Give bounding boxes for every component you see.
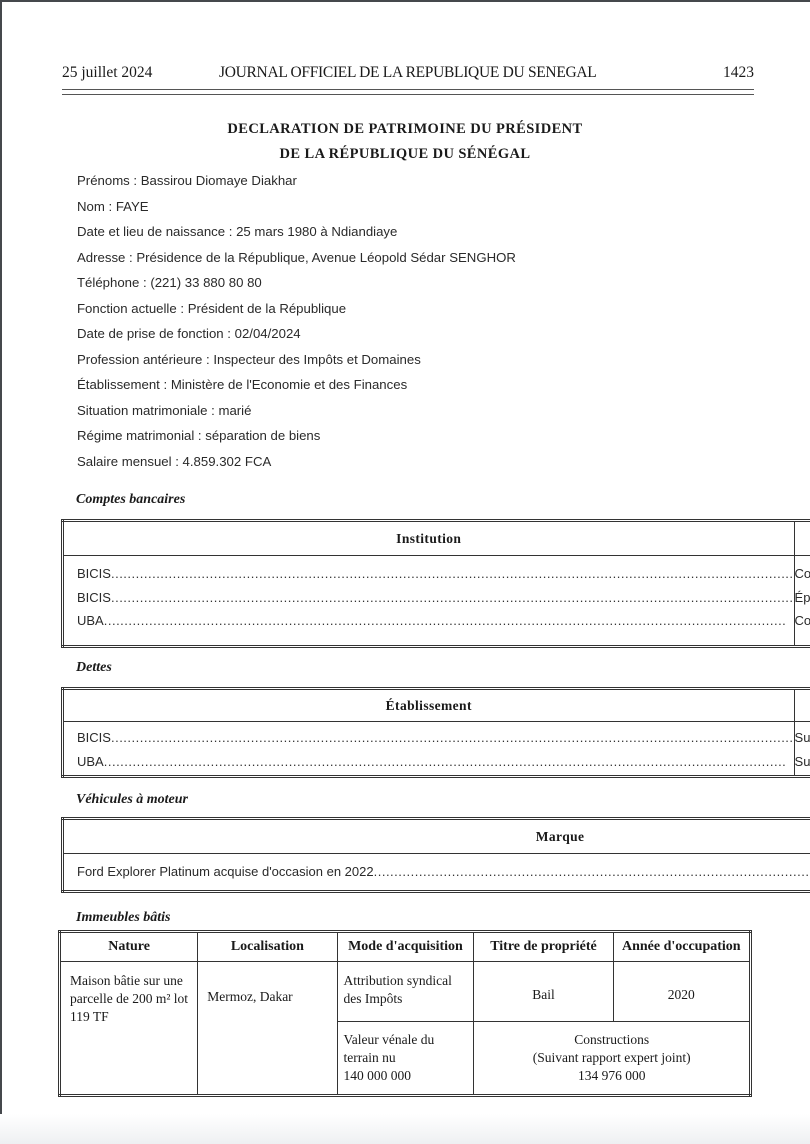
cell-marque: Ford Explorer Platinum acquise d'occasio… [77,860,374,884]
header-date: 25 juillet 2024 [62,64,152,82]
dot-leader [374,860,810,884]
column-header: Titre de propriété [474,932,613,962]
table-row: BICISÉpargne2 690 .........Sénégal [63,586,810,610]
identity-line: Prénoms : Bassirou Diomaye Diakhar [77,172,516,198]
table-row: UBACourant7 457 852 .........Sénégal [63,609,810,633]
valeur-label: Valeur vénale du terrain nu [344,1031,454,1067]
identity-line: Salaire mensuel : 4.859.302 FCA [77,453,516,479]
cell-valeur-terrain: Valeur vénale du terrain nu 140 000 000 [337,1022,474,1096]
cell-pret: Sur avantages [795,750,810,774]
cell-mode-acquisition: Attribution syndical des Impôts [337,962,474,1022]
identity-line: Nom : FAYE [77,198,516,224]
dot-leader [104,609,794,633]
section-label-dettes: Dettes [76,660,112,676]
cell-nature: Maison bâtie sur une parcelle de 200 m² … [60,962,198,1096]
identity-line: Profession antérieure : Inspecteur des I… [77,351,516,377]
column-header: Localisation [198,932,337,962]
table-row: BICIS Sur salaire 8 000 000 ...6 478 451 [63,726,810,750]
document-title: DE LA RÉPUBLIQUE DU SÉNÉGAL [0,146,810,163]
identity-line: Régime matrimonial : séparation de biens [77,427,516,453]
bank-accounts-table: Institution Type de compte Solde au 02/0… [61,519,810,648]
document-title: DECLARATION DE PATRIMOINE DU PRÉSIDENT [0,121,810,138]
cell-etablissement: BICIS [77,726,111,750]
page-shadow [0,1114,810,1144]
cell-localisation: Mermoz, Dakar [198,962,337,1096]
table-row: UBA Sur avantages 30 000 000 ...24 486 1… [63,750,810,774]
dot-leader [104,750,794,774]
cell-etablissement: UBA [77,750,104,774]
header-journal-title: JOURNAL OFFICIEL DE LA REPUBLIQUE DU SEN… [219,64,596,82]
valeur-amount: 140 000 000 [344,1067,468,1085]
constructions-note: (Suivant rapport expert joint) [474,1049,749,1067]
cell-institution: BICIS [77,586,111,610]
cell-account-type: Courant [795,562,810,586]
identity-line: Situation matrimoniale : marié [77,402,516,428]
identity-line: Adresse : Présidence de la République, A… [77,249,516,275]
table-row: Ford Explorer Platinum acquise d'occasio… [63,854,810,892]
cell-account-type: Épargne [795,586,810,610]
viewer-frame-top [0,0,810,2]
identity-line: Fonction actuelle : Président de la Répu… [77,300,516,326]
cell-account-type: Courant [795,609,810,633]
constructions-amount: 134 976 000 [474,1067,749,1085]
table-row: BICISCourant14 776 405 .........Sénégal [63,562,810,586]
column-header: Mode d'acquisition [337,932,474,962]
dot-leader [111,562,794,586]
section-label-vehicules: Véhicules à moteur [76,792,188,808]
identity-line: Téléphone : (221) 33 880 80 80 [77,274,516,300]
header-rule [62,89,754,90]
cell-constructions: Constructions (Suivant rapport expert jo… [474,1022,751,1096]
section-label-immeubles: Immeubles bâtis [76,910,171,926]
viewer-frame-left [0,0,2,1144]
dot-leader [111,726,794,750]
buildings-table: Nature Localisation Mode d'acquisition T… [58,930,752,1097]
column-header: Prêts [794,689,810,722]
section-label-comptes: Comptes bancaires [76,492,185,508]
spacer-row [63,633,810,647]
identity-block: Prénoms : Bassirou Diomaye Diakhar Nom :… [77,172,516,478]
identity-line: Date de prise de fonction : 02/04/2024 [77,325,516,351]
header-rule [62,94,754,95]
debts-table: Établissement Prêts Montant Reste à paye… [61,687,810,778]
cell-pret: Sur salaire [795,726,810,750]
cell-titre-propriete: Bail [474,962,613,1022]
column-header: Nature [60,932,198,962]
spacer-row [63,773,810,777]
vehicles-table: Marque Prix d'achat Ford Explorer Platin… [61,817,810,893]
column-header: Type de compte [794,521,810,556]
column-header: Marque [63,819,810,854]
column-header: Établissement [63,689,795,722]
identity-line: Date et lieu de naissance : 25 mars 1980… [77,223,516,249]
cell-institution: UBA [77,609,104,633]
column-header: Année d'occupation [613,932,750,962]
column-header: Institution [63,521,795,556]
header-page-number: 1423 [723,64,754,82]
dot-leader [111,586,794,610]
cell-institution: BICIS [77,562,111,586]
constructions-label: Constructions [474,1031,749,1049]
identity-line: Établissement : Ministère de l'Economie … [77,376,516,402]
cell-annee-occupation: 2020 [613,962,750,1022]
running-header: 25 juillet 2024 JOURNAL OFFICIEL DE LA R… [62,64,754,86]
